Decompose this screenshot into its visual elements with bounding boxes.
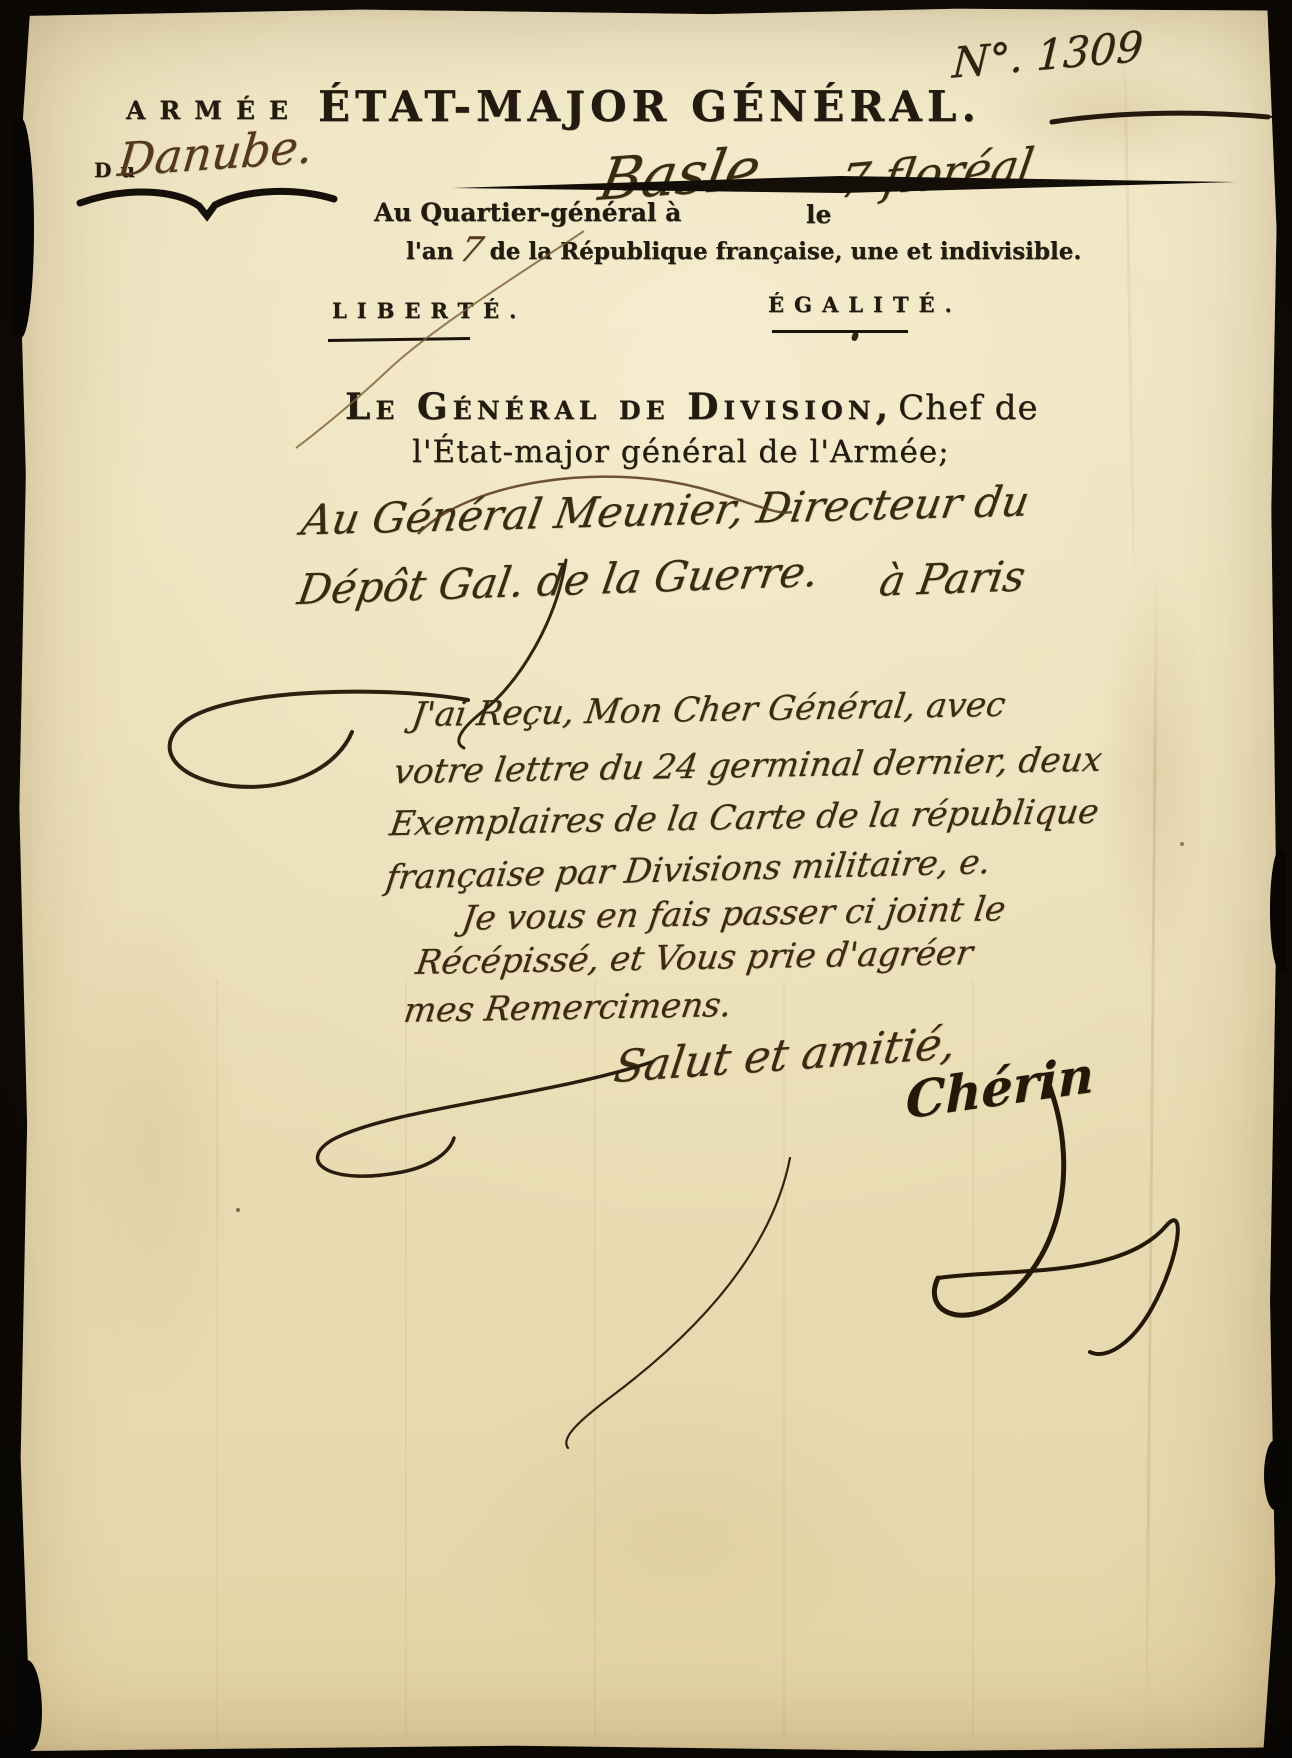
chain-line — [405, 980, 407, 1740]
edge-tear — [1264, 1440, 1286, 1510]
armee-label: ARMÉE — [126, 96, 302, 125]
an-prefix: l'an — [406, 238, 453, 265]
an-suffix: de la République française, une et indiv… — [490, 238, 1082, 265]
ink-speck — [1180, 842, 1184, 846]
salutation-line1: Le Général de Division, Chef de — [345, 386, 1038, 428]
an-line: l'an 7 de la République française, une e… — [406, 228, 1081, 268]
stain — [420, 1380, 940, 1680]
salutation-line2: l'État-major général de l'Armée; — [412, 434, 950, 470]
motto-egalite-underline — [772, 330, 908, 333]
stain — [60, 900, 240, 1400]
place-handwritten: Basle — [594, 134, 766, 214]
edge-tear — [1270, 850, 1286, 970]
an-year-handwritten: 7 — [455, 230, 487, 270]
body-line: mes Remercimens. — [401, 985, 734, 1031]
salutation-line1-caps: Le Général de Division, — [345, 386, 893, 428]
dateline-le: le — [806, 200, 831, 229]
motto-liberte: LIBERTÉ. — [332, 298, 526, 323]
salutation-line1-rest: Chef de — [898, 388, 1038, 428]
ink-speck — [236, 1208, 240, 1212]
letterhead-title: ÉTAT-MAJOR GÉNÉRAL. — [318, 82, 981, 131]
photo-backdrop: { "doc": { "ref_number": "N°. 1309", "co… — [0, 0, 1292, 1758]
motto-egalite: ÉGALITÉ. — [768, 292, 962, 317]
address-line2b: à Paris — [876, 551, 1029, 605]
stain — [1100, 560, 1210, 980]
